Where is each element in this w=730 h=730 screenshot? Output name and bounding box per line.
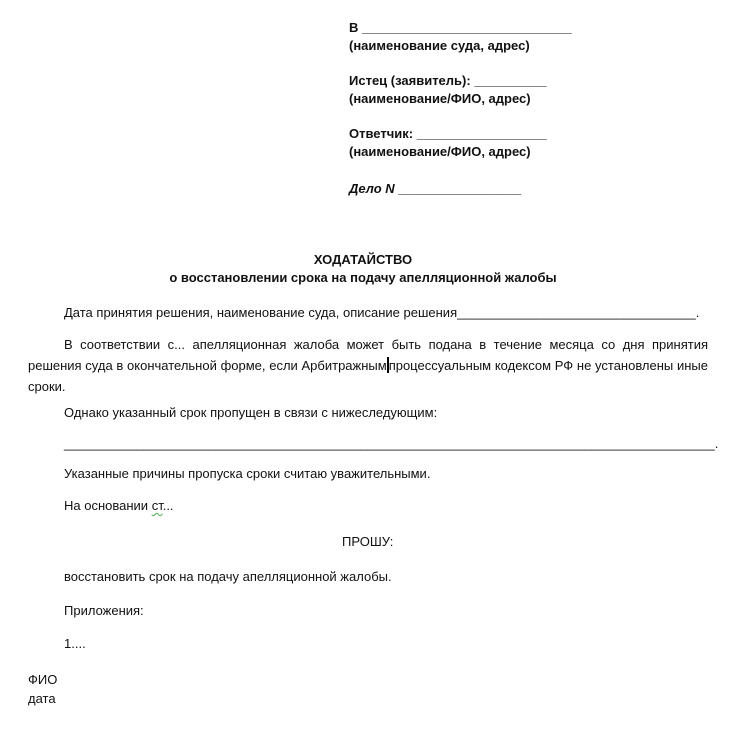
- decision-line: Дата принятия решения, наименование суда…: [64, 305, 699, 320]
- defendant-hint: (наименование/ФИО, адрес): [349, 143, 531, 161]
- request-heading: ПРОШУ:: [342, 534, 393, 549]
- signature-name: ФИО: [28, 672, 57, 687]
- plaintiff-line: Истец (заявитель): __________: [349, 72, 547, 90]
- missed-reason-intro: Однако указанный срок пропущен в связи с…: [64, 405, 437, 420]
- basis-line: На основании ст...: [64, 498, 174, 513]
- court-hint: (наименование суда, адрес): [349, 37, 530, 55]
- document-subtitle: о восстановлении срока на подачу апелляц…: [0, 270, 728, 285]
- attachment-item-1: 1....: [64, 636, 86, 651]
- case-blank: _________________: [398, 181, 521, 196]
- document-title: ХОДАТАЙСТВО: [0, 252, 728, 267]
- spellcheck-flagged-word[interactable]: ст: [152, 498, 163, 513]
- legal-basis-paragraph[interactable]: В соответствии с... апелляционная жалоба…: [28, 334, 708, 397]
- request-text: восстановить срок на подачу апелляционно…: [64, 569, 392, 584]
- case-number-line: Дело N _________________: [349, 180, 521, 198]
- signature-date: дата: [28, 691, 56, 706]
- case-label: Дело N: [349, 181, 395, 196]
- court-line: В _____________________________: [349, 19, 572, 37]
- valid-reasons-text: Указанные причины пропуска сроки считаю …: [64, 466, 430, 481]
- attachments-label: Приложения:: [64, 603, 144, 618]
- reason-blank-line: ________________________________________…: [64, 436, 718, 451]
- plaintiff-hint: (наименование/ФИО, адрес): [349, 90, 531, 108]
- basis-prefix: На основании: [64, 498, 152, 513]
- basis-suffix: ...: [163, 498, 174, 513]
- defendant-line: Ответчик: __________________: [349, 125, 547, 143]
